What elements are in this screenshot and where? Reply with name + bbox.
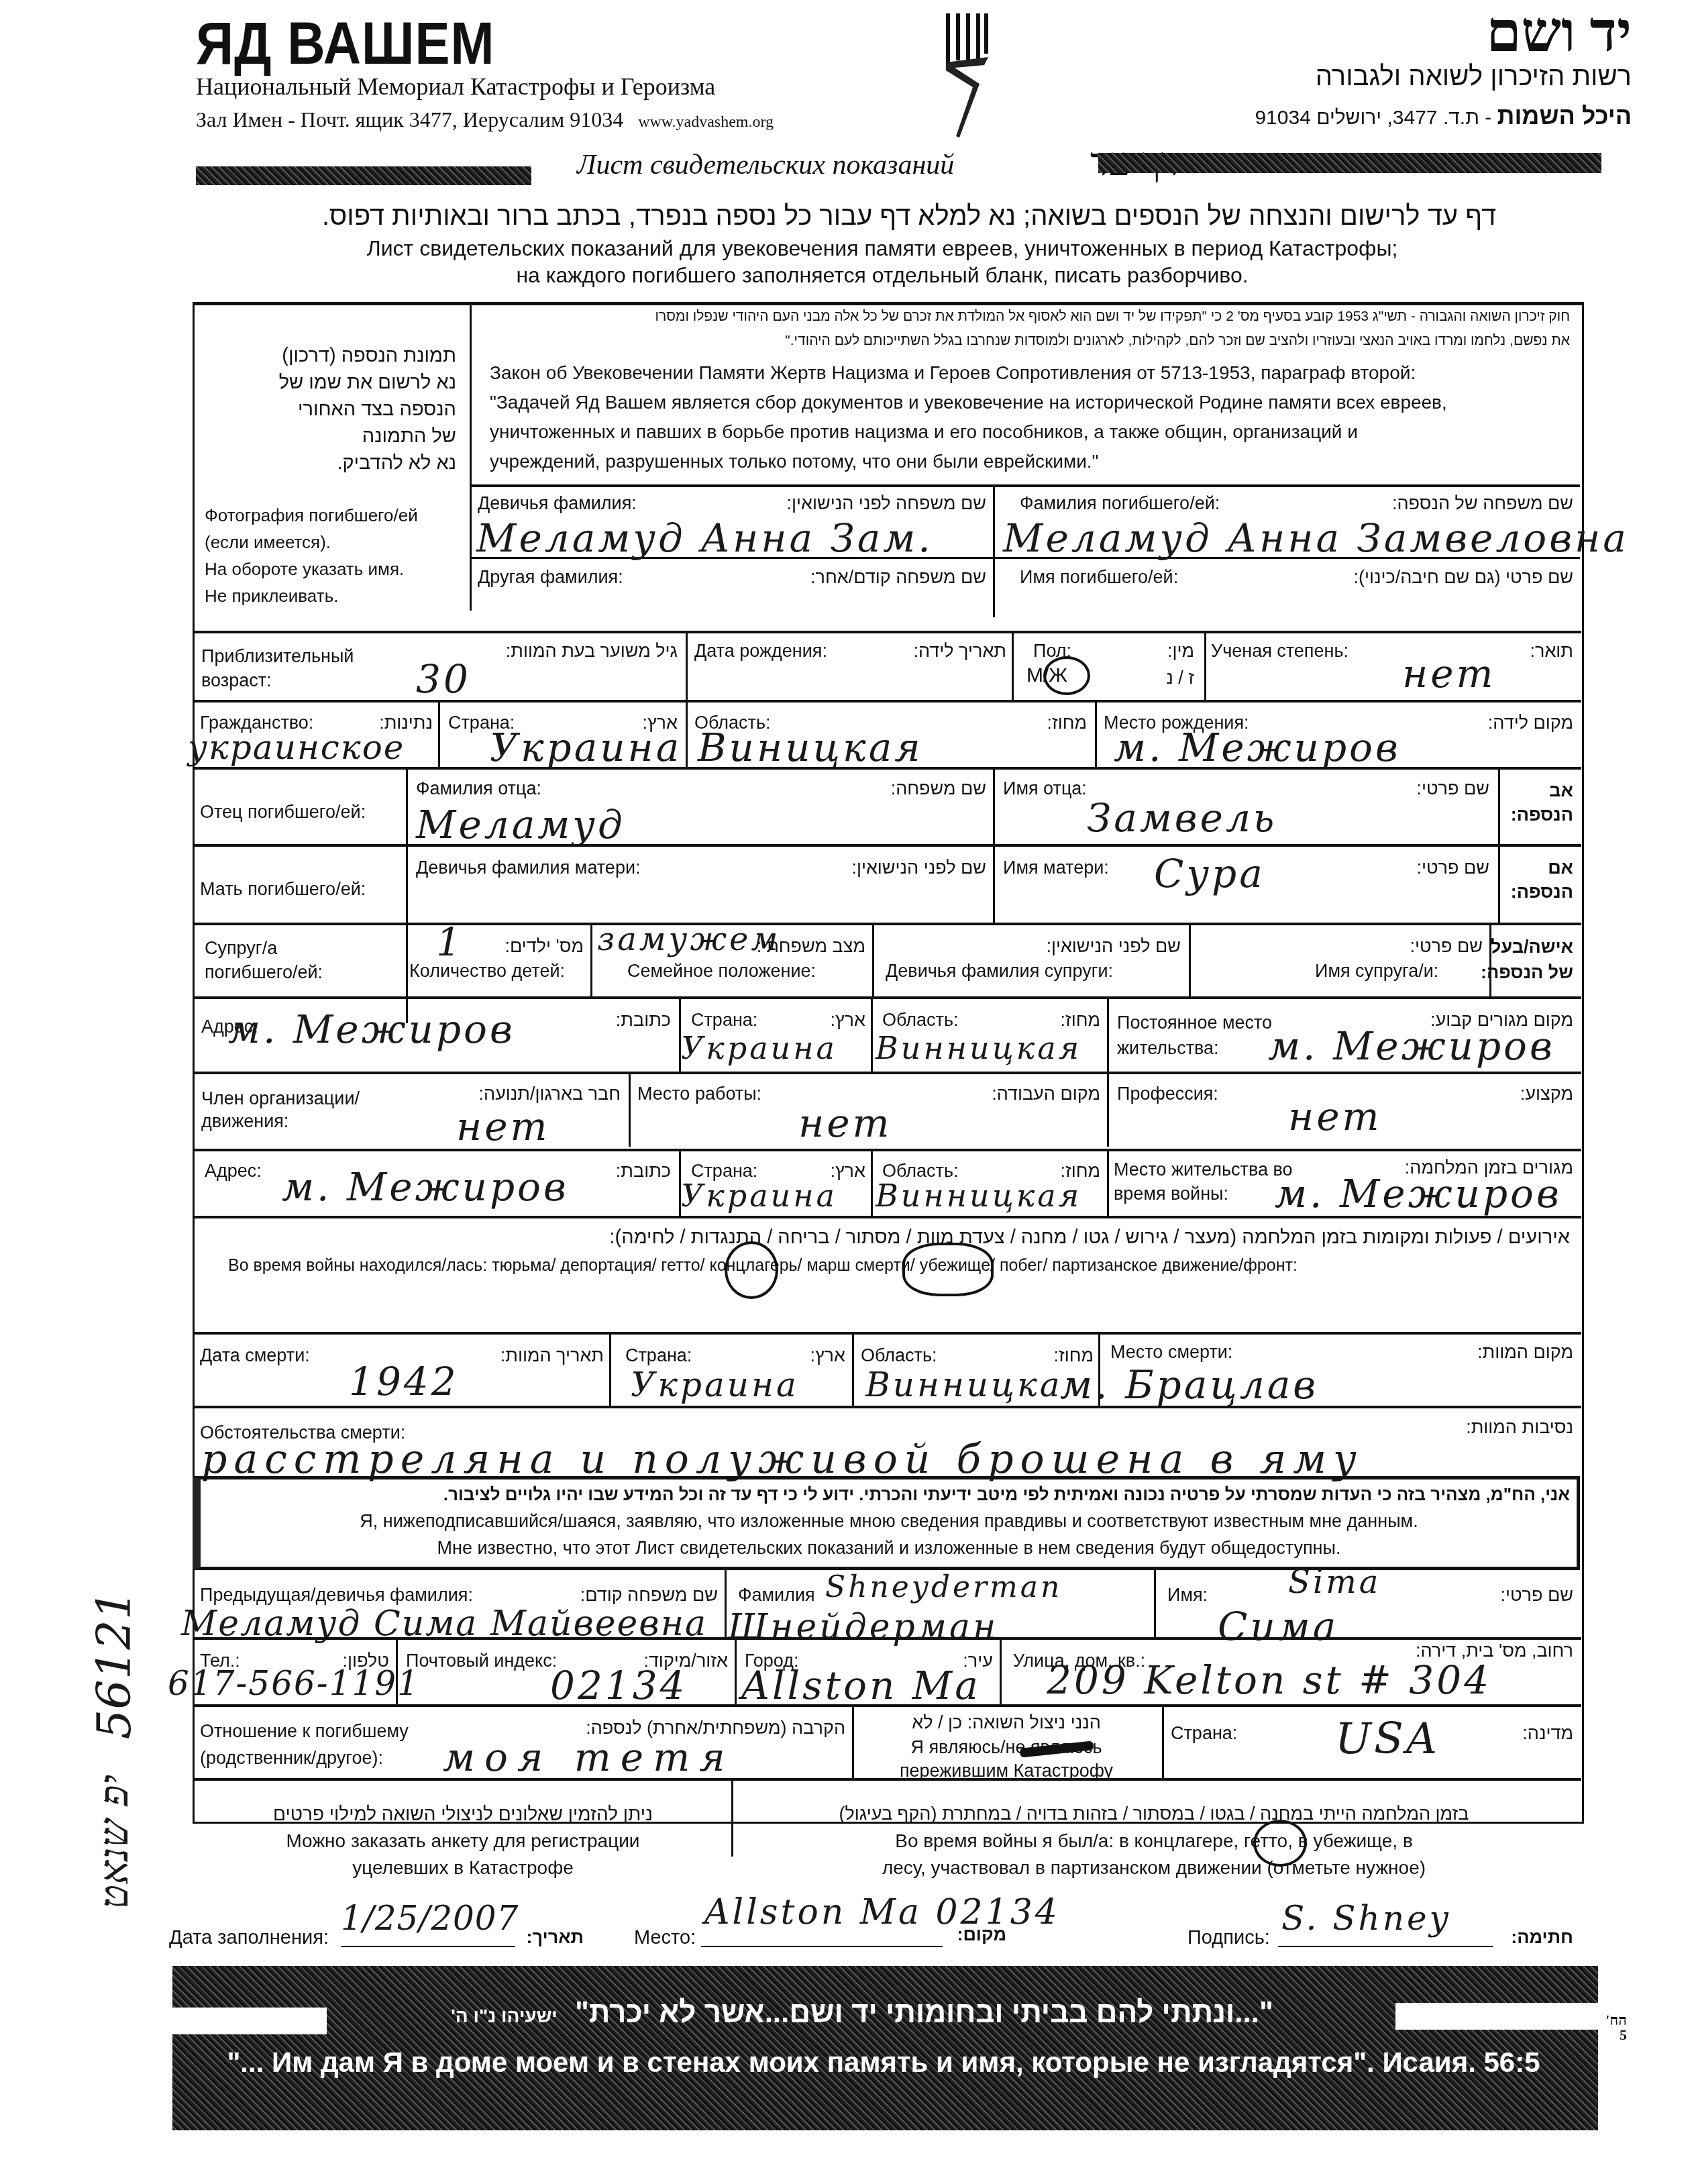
workplace-label-he: מקום העבודה: (959, 1084, 1100, 1104)
footer-he-source: ישעיהו נ"ו ה' (451, 2006, 558, 2026)
submitter-country-label: Страна: (1171, 1723, 1237, 1744)
photo-ru-line: На обороте указать имя. (205, 556, 418, 582)
surname-value[interactable]: Меламуд Анна Замвеловна (1003, 515, 1629, 561)
mother-he-2: הנספה: (1503, 880, 1573, 904)
age-label: Приблизительный возраст: (201, 644, 354, 692)
death-date-value[interactable]: 1942 (349, 1359, 459, 1404)
divider (852, 1706, 854, 1779)
divider (1107, 998, 1109, 1072)
law-ru-2: "Задачей Яд Вашем является сбор документ… (490, 392, 1447, 413)
divider (193, 844, 1581, 847)
gender-label-he: מין: (1141, 641, 1194, 662)
zip-value[interactable]: 02134 (550, 1663, 688, 1708)
fill-place-label-he: מקום: (946, 1924, 1006, 1945)
survivor-right-ru-1: Во время войны я был/а: в концлагере, ге… (738, 1830, 1570, 1852)
mother-name-value[interactable]: Сура (1154, 851, 1265, 896)
permanent-place-2: жительства: (1117, 1035, 1272, 1061)
org-value[interactable]: нет (456, 1104, 550, 1149)
website: www.yadvashem.org (638, 113, 774, 131)
photo-instructions-he: תמונת הנספה (דרכון) נא לרשום את שמו של ה… (201, 342, 456, 476)
death-region-value[interactable]: Винницка (865, 1365, 1063, 1404)
submitter-country-value[interactable]: USA (1335, 1714, 1440, 1764)
he-address-bold: היכל השמות (1497, 102, 1632, 129)
declaration-ru-1: Я, нижеподписавшийся/шаяся, заявляю, что… (201, 1511, 1577, 1532)
divider (193, 631, 1581, 633)
residence-country-label-he: ארץ: (812, 1010, 865, 1031)
citizenship-value[interactable]: украинское (188, 728, 405, 767)
survivor-label-he: הנני ניצול השואה: כן / לא (859, 1712, 1154, 1733)
profession-value[interactable]: нет (1288, 1094, 1382, 1139)
wartime-place-2: время войны: (1114, 1182, 1293, 1206)
divider (193, 1332, 1581, 1335)
declaration-he: אני, הח"מ, מצהיר בזה כי העדות שמסרתי על … (208, 1484, 1570, 1505)
street-value[interactable]: 209 Kelton st # 304 (1047, 1657, 1491, 1703)
prev-name-label: Предыдущая/девичья фамилия: (200, 1585, 473, 1606)
ru-address-text: Зал Имен - Почт. ящик 3477, Иерусалим 91… (196, 107, 623, 132)
divider (1000, 1639, 1002, 1706)
fill-place-value[interactable]: Allston Ma 02134 (704, 1892, 1060, 1932)
divider (193, 1216, 1581, 1218)
submitter-country-label-he: מדינה: (1503, 1723, 1573, 1744)
law-ru-1: Закон об Увековечении Памяти Жертв Нациз… (490, 362, 1416, 384)
org-label-2: движения: (201, 1110, 360, 1133)
marital-value[interactable]: замужем (597, 921, 780, 958)
workplace-label: Место работы: (637, 1084, 761, 1104)
fill-date-value[interactable]: 1/25/2007 (341, 1899, 519, 1938)
ru-address: Зал Имен - Почт. ящик 3477, Иерусалим 91… (196, 107, 774, 132)
divider (193, 1406, 1581, 1408)
spouse-maiden-label-he: שם לפני הנישואין: (1006, 936, 1181, 957)
wartime-address-label-he: כתובת: (590, 1161, 671, 1182)
divider (1162, 1706, 1164, 1779)
birth-date-label: Дата рождения: (694, 641, 827, 662)
divider (872, 924, 874, 996)
permanent-place-1: Постоянное место (1117, 1010, 1272, 1035)
mother-maiden-label-he: שם לפני הנישואין: (805, 857, 986, 878)
photo-ru-line: Не приклеивать. (205, 582, 418, 609)
permanent-place-value[interactable]: м. Межиров (1268, 1023, 1555, 1069)
age-label-2: возраст: (201, 668, 354, 692)
divider (1095, 701, 1097, 768)
zip-label: Почтовый индекс: (406, 1651, 557, 1671)
margin-hebrew-note: יפ שנאט (91, 1748, 138, 1936)
divider (193, 1778, 1581, 1781)
marital-label: Семейное положение: (627, 961, 816, 982)
footer-he-text: "...ונתתי להם בביתי ובחומותי יד ושם...אש… (575, 1996, 1273, 2029)
divider (629, 1073, 631, 1147)
fill-place-label: Место: (634, 1927, 696, 1949)
intro-he: דף עד לרישום והנצחה של הנספים בשואה; נא … (255, 201, 1563, 231)
first-name-label-he: שם פרטי (גם שם חיבה/כינוי): (1302, 567, 1573, 588)
mother-he-1: אם (1503, 855, 1573, 880)
photo-ru-line: Фотография погибшего/ей (205, 502, 418, 529)
spouse-maiden-label: Девичья фамилия супруги: (886, 961, 1113, 982)
ru-title: ЯД ВАШЕМ (196, 8, 494, 79)
intro-ru-2: на каждого погибшего заполняется отдельн… (195, 263, 1570, 288)
org-label-1: Член организации/ (201, 1087, 360, 1110)
intro-ru-1: Лист свидетельских показаний для увекове… (195, 236, 1570, 261)
divider (871, 1150, 873, 1217)
fill-date-label: Дата заполнения: (169, 1927, 329, 1949)
death-place-value[interactable]: м. Брацлав (1060, 1362, 1318, 1408)
death-region-label: Область: (861, 1345, 937, 1366)
submitter-surname-label: Фамилия (738, 1585, 815, 1606)
wartime-place-value[interactable]: м. Межиров (1275, 1171, 1562, 1216)
death-date-label: Дата смерти: (200, 1345, 310, 1366)
father-he-2: הנספה: (1503, 802, 1573, 827)
relation-label-1: Отношение к погибшему (200, 1718, 409, 1745)
birth-place-label-he: מקום לידה: (1442, 713, 1573, 733)
law-he-2: את נפשם, נלחמו ומרדו באויב הנאצי ובעוזרי… (483, 333, 1570, 349)
spouse-label-he: אישה/בעל של הנספה: (1493, 934, 1573, 985)
divider (438, 701, 440, 768)
children-value[interactable]: 1 (436, 919, 464, 965)
mother-name-label-he: שם פרטי: (1395, 857, 1489, 878)
fill-place-underline (701, 1946, 943, 1947)
death-place-label-he: מקום המוות: (1442, 1342, 1573, 1363)
address-label-he: כתובת: (590, 1010, 671, 1031)
residence-region-label-he: מחוז: (1033, 1010, 1100, 1031)
divider (193, 1637, 1581, 1640)
workplace-value[interactable]: нет (798, 1100, 892, 1146)
divider (993, 486, 995, 617)
events-he: אירועים / פעולות ומקומות בזמן המלחמה (מע… (215, 1227, 1570, 1249)
law-he-1: חוק זיכרון השואה והגבורה - תשי"ג 1953 קו… (483, 309, 1570, 325)
wartime-place-label: Место жительства во время войны: (1114, 1157, 1293, 1206)
phone-value[interactable]: 617-566-1191 (168, 1664, 420, 1703)
address-value[interactable]: м. Межиров (228, 1006, 515, 1052)
death-country-label-he: ארץ: (778, 1345, 845, 1366)
wartime-place-1: Место жительства во (1114, 1157, 1293, 1182)
residence-region-value[interactable]: Винницкая (876, 1030, 1081, 1066)
maiden-name-label: Девичья фамилия: (478, 493, 637, 514)
corner-mark: הח' 5 (1600, 2013, 1627, 2042)
he-address: היכל השמות - ת.ד. 3477, ירושלים 91034 (1255, 102, 1632, 130)
circumstances-label-he: נסיבות המוות: (1409, 1417, 1573, 1438)
photo-he-line: הנספה בצד האחורי (201, 396, 456, 423)
residence-country-value[interactable]: Украина (681, 1030, 837, 1066)
photo-he-line: נא לרשום את שמו של (201, 369, 456, 396)
he-subtitle: רשות הזיכרון לשואה ולגבורה (1316, 62, 1632, 92)
divider (686, 701, 688, 768)
divider (725, 1570, 727, 1637)
divider (193, 1072, 1581, 1074)
divider (852, 1333, 854, 1407)
children-label: Количество детей: (409, 961, 565, 982)
footer-gap-left (172, 2008, 327, 2034)
father-name-value[interactable]: Замвель (1087, 795, 1277, 841)
title-bar-right (1098, 153, 1601, 173)
relation-value[interactable]: моя тетя (443, 1734, 735, 1780)
city-value[interactable]: Allston Ma (741, 1663, 981, 1708)
spouse-label: Супруг/а погибшего/ей: (205, 936, 323, 984)
death-country-value[interactable]: Украина (631, 1365, 799, 1404)
divider (871, 998, 873, 1072)
degree-value[interactable]: нет (1402, 651, 1496, 696)
yad-vashem-logo-icon (943, 10, 993, 141)
prev-name-label-he: שם משפחה קודם: (570, 1585, 718, 1606)
divider (1204, 632, 1206, 701)
spouse-he-1: אישה/בעל (1493, 934, 1573, 959)
father-he-1: אב (1503, 778, 1573, 802)
mother-maiden-label: Девичья фамилия матери: (416, 857, 640, 878)
spouse-name-label: Имя супруга/и: (1315, 961, 1438, 982)
signature-label-he: חתימה: (1496, 1927, 1573, 1948)
profession-label-he: מקצוע: (1489, 1084, 1573, 1104)
photo-ru-line: (если имеется). (205, 529, 418, 556)
divider (470, 303, 472, 611)
death-place-label: Место смерти: (1110, 1342, 1232, 1363)
survivor-label-ru-1: Я являюсь/не являюсь (859, 1737, 1154, 1758)
submitter-name-value[interactable]: Сима (1218, 1604, 1338, 1649)
divider (193, 767, 1581, 770)
divider (193, 996, 1581, 999)
spouse-label-1: Супруг/а (205, 936, 323, 960)
photo-he-line: של התמונה (201, 423, 456, 450)
photo-he-line: נא לא להדביק. (201, 450, 456, 476)
divider (193, 1149, 1581, 1151)
mother-label: Мать погибшего/ей: (200, 879, 366, 900)
wartime-region-value[interactable]: Винницкая (876, 1178, 1081, 1214)
other-surname-label: Другая фамилия: (478, 567, 623, 588)
father-label: Отец погибшего/ей: (200, 802, 366, 823)
gender-selected-circle (1043, 656, 1090, 695)
divider (1189, 924, 1191, 996)
death-date-label-he: תאריך המוות: (463, 1345, 604, 1366)
footer-ru-quote: "... Им дам Я в доме моем и в стенах мои… (176, 2046, 1591, 2079)
age-label-1: Приблизительный (201, 644, 354, 668)
death-country-label: Страна: (625, 1345, 692, 1366)
wartime-address-label: Адрес: (205, 1161, 262, 1182)
divider (1107, 1073, 1109, 1147)
signature-underline (1278, 1946, 1493, 1947)
spouse-he-2: של הנספה: (1493, 959, 1573, 985)
divider (1012, 632, 1014, 701)
maiden-name-label-he: שם משפחה לפני הנישואין: (765, 493, 986, 514)
ghetto-selected-circle (725, 1241, 778, 1299)
divider (1107, 1150, 1109, 1217)
residence-region-label: Область: (882, 1010, 958, 1031)
surname-label: Фамилия погибшего/ей: (1020, 493, 1220, 514)
title-bar-left (196, 166, 531, 185)
father-name-label-he: שם פרטי: (1395, 778, 1489, 799)
divider (590, 924, 592, 996)
survivor-left-ru-1: Можно заказать анкету для регистрации (201, 1830, 725, 1852)
divider (193, 700, 1581, 703)
he-title: יד ושם (1486, 0, 1632, 65)
he-address-text: - ת.ד. 3477, ירושלים 91034 (1255, 107, 1497, 129)
children-label-he: מס' ילדים: (470, 936, 584, 957)
death-march-selected-circle (902, 1243, 994, 1296)
declaration-ru-2: Мне известно, что этот Лист свидетельски… (201, 1538, 1577, 1559)
survivor-field[interactable]: הנני ניצול השואה: כן / לא Я являюсь/не я… (859, 1712, 1154, 1781)
wartime-country-value[interactable]: Украина (681, 1178, 837, 1214)
father-label-he: אב הנספה: (1503, 778, 1573, 827)
relation-label: Отношение к погибшему (родственник/друго… (200, 1718, 409, 1771)
relation-label-2: (родственник/другое): (200, 1745, 409, 1771)
age-label-he: גיל משוער בעת המוות: (443, 641, 678, 662)
birth-date-label-he: תאריך לידה: (872, 641, 1006, 662)
spouse-label-2: погибшего/ей: (205, 960, 323, 984)
divider (731, 1779, 733, 1857)
father-surname-value[interactable]: Меламуд (416, 802, 625, 847)
residence-country-label: Страна: (691, 1010, 757, 1031)
submitter-name-latin[interactable]: Sima (1288, 1563, 1381, 1601)
mother-name-label: Имя матери: (1003, 857, 1109, 878)
birth-place-value[interactable]: м. Межиров (1114, 725, 1401, 770)
divider (193, 923, 1581, 925)
signature-value[interactable]: S. Shney (1281, 1899, 1451, 1938)
org-label: Член организации/ движения: (201, 1087, 360, 1133)
birth-country-value[interactable]: Украина (490, 725, 682, 770)
gender-options-he: ז / נ (1141, 668, 1194, 688)
birth-region-value[interactable]: Виницкая (698, 725, 923, 770)
submitter-name-label-he: שם פרטי: (1476, 1585, 1573, 1606)
form-title-ru: Лист свидетельских показаний (577, 149, 954, 181)
mother-label-he: אם הנספה: (1503, 855, 1573, 904)
profession-label: Профессия: (1117, 1084, 1218, 1104)
submitter-surname-latin[interactable]: Shneyderman (825, 1570, 1062, 1604)
wartime-address-value[interactable]: м. Межиров (282, 1164, 569, 1210)
submitter-surname-value[interactable]: Шнейдерман (728, 1607, 998, 1647)
survivor-ghetto-circle (1253, 1820, 1307, 1867)
survivor-right-ru-2: лесу, участвовал в партизанском движении… (738, 1857, 1570, 1879)
first-name-label: Имя погибшего/ей: (1020, 567, 1178, 588)
divider (470, 484, 1580, 487)
ru-subtitle: Национальный Мемориал Катастрофы и Герои… (196, 72, 715, 101)
footer-he-quote: "...ונתתי להם בביתי ובחומותי יד ושם...אש… (335, 1996, 1389, 2030)
law-ru-4: учреждений, разрушенных только потому, ч… (490, 451, 1099, 472)
surname-label-he: שם משפחה של הנספה: (1355, 493, 1573, 514)
divider (406, 768, 408, 1023)
birth-region-label-he: מחוז: (1006, 713, 1087, 733)
father-surname-label-he: שם משפחה: (872, 778, 986, 799)
father-name-label: Имя отца: (1003, 778, 1087, 799)
father-surname-label: Фамилия отца: (416, 778, 541, 799)
law-ru-3: уничтоженных и павших в борьбе против на… (490, 421, 1358, 443)
footer-gap-right (1395, 2003, 1598, 2030)
submitter-name-label: Имя: (1167, 1585, 1208, 1606)
margin-number: 56121 (87, 1577, 142, 1752)
degree-label: Ученая степень: (1211, 641, 1349, 662)
fill-date-underline (341, 1946, 515, 1947)
other-surname-label-he: שם משפחה קודם/אחר: (765, 567, 986, 588)
divider (609, 1333, 611, 1407)
divider (1154, 1570, 1156, 1637)
survivor-left-he: ניתן להזמין שאלונים לניצולי השואה למילוי… (201, 1804, 725, 1825)
survivor-left-ru-2: уцелевших в Катастрофе (201, 1857, 725, 1879)
signature-label: Подпись: (1187, 1927, 1270, 1949)
divider (193, 1704, 1581, 1707)
age-value[interactable]: 30 (416, 656, 471, 702)
photo-instructions-ru: Фотография погибшего/ей (если имеется). … (205, 502, 418, 609)
divider (686, 632, 688, 701)
survivor-right-he: בזמן המלחמה הייתי במחנה / בגטו / במסתור … (738, 1804, 1570, 1824)
permanent-place-label: Постоянное место жительства: (1117, 1010, 1272, 1061)
photo-he-line: תמונת הנספה (דרכון) (201, 342, 456, 369)
maiden-name-value[interactable]: Меламуд Анна Зам. (476, 515, 933, 561)
divider (735, 1639, 737, 1706)
spouse-name-label-he: שם פרטי: (1382, 936, 1483, 957)
marital-label-he: מצב משפחתי: (765, 936, 865, 957)
org-label-he: חבר בארגון/תנועה: (436, 1084, 621, 1104)
fill-date-label-he: תאריך: (517, 1927, 584, 1948)
